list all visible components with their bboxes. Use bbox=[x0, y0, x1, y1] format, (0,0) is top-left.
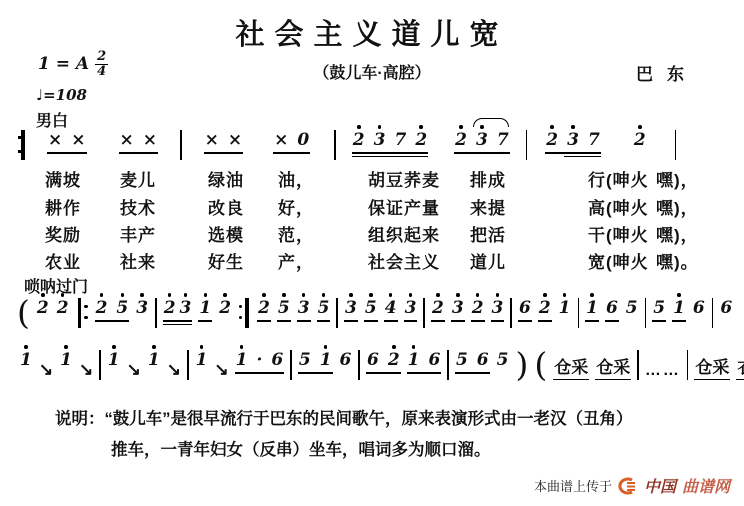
note-column: 3 bbox=[135, 292, 149, 318]
lyric-cell: 油， bbox=[278, 166, 314, 191]
note-column: 2 bbox=[36, 292, 50, 318]
note-column: 2 bbox=[257, 292, 271, 318]
explanation-label: 说明： bbox=[55, 410, 105, 428]
note-column: 2 bbox=[471, 292, 485, 318]
note-column: 3 bbox=[179, 292, 193, 318]
note-number: 2 bbox=[471, 299, 485, 318]
note-column: 2 bbox=[218, 292, 232, 318]
tempo-marking: ♩=108 bbox=[36, 86, 87, 104]
note-number: 7 bbox=[496, 131, 510, 150]
note-number: 6 bbox=[339, 351, 353, 370]
note-group: 1·6 bbox=[235, 344, 285, 380]
note-number: 5 bbox=[496, 351, 510, 370]
beam-lines bbox=[147, 370, 161, 380]
beam-lines bbox=[135, 318, 149, 328]
lyric-row: 农业社来好生产，社会主义道儿宽(呻火嘿)。 bbox=[0, 248, 744, 275]
barline bbox=[336, 298, 338, 328]
note-number: × bbox=[273, 131, 289, 150]
note-column: 2 bbox=[431, 292, 445, 318]
note-column: 6 bbox=[270, 344, 284, 370]
note-column: 2 bbox=[545, 124, 559, 150]
note-column: 6 bbox=[518, 292, 532, 318]
lyric-cell: 好生 bbox=[208, 248, 244, 273]
beam-lines bbox=[451, 318, 465, 328]
note-number: 2 bbox=[95, 299, 109, 318]
barline bbox=[358, 350, 360, 380]
note-number: 2 bbox=[56, 299, 70, 318]
note-number: 3 bbox=[491, 299, 505, 318]
note-column: 6 bbox=[339, 344, 353, 370]
glissando-down-arrow: ↘ bbox=[167, 360, 181, 380]
note-number: 1 bbox=[19, 351, 33, 370]
note-group: 16 bbox=[407, 344, 442, 380]
lyric-cell: 组织起来 bbox=[368, 221, 440, 246]
note-number: 3 bbox=[297, 299, 311, 318]
beam-lines bbox=[163, 318, 193, 328]
note-column: 3 bbox=[451, 292, 465, 318]
repeat-end bbox=[238, 298, 251, 328]
note-number: 1 bbox=[195, 351, 209, 370]
beam-lines bbox=[273, 150, 310, 160]
note-number: 3 bbox=[373, 131, 387, 150]
percussion-syllable: 衣采 bbox=[736, 353, 744, 380]
note-group: 3 bbox=[491, 292, 505, 328]
note-column: 1 bbox=[407, 344, 421, 370]
note-column: 1 bbox=[59, 344, 73, 370]
note-number: × bbox=[142, 131, 158, 150]
note-group: ×× bbox=[204, 124, 244, 160]
beam-lines bbox=[366, 370, 401, 380]
note-column: 5 bbox=[115, 292, 129, 318]
lyric-cell: 好， bbox=[278, 194, 314, 219]
lyric-cell: 来提 bbox=[470, 194, 506, 219]
note-column: 2 bbox=[633, 124, 647, 150]
lyric-cell: 胡豆荞麦 bbox=[368, 166, 440, 191]
note-number: 1 bbox=[407, 351, 421, 370]
note-group: 2 bbox=[471, 292, 485, 328]
instrumental-line-2: 1↘1↘1↘1↘1↘1·65166216565)(仓采仓采……仓采衣采衣采仓) bbox=[16, 344, 744, 380]
note-number: · bbox=[256, 351, 264, 370]
beam-lines bbox=[605, 318, 619, 328]
note-column: 1 bbox=[195, 344, 209, 370]
beam-lines bbox=[471, 318, 485, 328]
note-number: 5 bbox=[115, 299, 129, 318]
note-column: 2 bbox=[352, 124, 366, 150]
note-column: 7 bbox=[587, 124, 601, 150]
beam-lines bbox=[218, 318, 232, 328]
site-logo-icon bbox=[618, 477, 638, 495]
note-column: 2 bbox=[387, 344, 401, 370]
barline bbox=[180, 130, 182, 160]
note-number: 5 bbox=[277, 299, 291, 318]
note-column: 3 bbox=[373, 124, 387, 150]
beam-lines bbox=[297, 318, 311, 328]
note-group: 1 bbox=[147, 344, 161, 380]
note-column: 1 bbox=[319, 344, 333, 370]
glissando-down-arrow: ↘ bbox=[79, 360, 93, 380]
beam-lines bbox=[431, 318, 445, 328]
lyric-cell: 农业 bbox=[45, 248, 81, 273]
note-number: × bbox=[204, 131, 220, 150]
note-group: 2 bbox=[633, 124, 647, 160]
note-group: 6 bbox=[339, 344, 353, 380]
lyric-cell: 行(呻火 bbox=[588, 166, 649, 191]
beam-lines bbox=[317, 318, 331, 328]
glissando-down-arrow: ↘ bbox=[127, 360, 141, 380]
song-title: 社会主义道儿宽 bbox=[0, 12, 744, 53]
beam-lines bbox=[558, 318, 572, 328]
beam-lines bbox=[404, 318, 418, 328]
note-column: 6 bbox=[428, 344, 442, 370]
lyric-cell: 耕作 bbox=[45, 194, 81, 219]
note-number: 6 bbox=[719, 299, 733, 318]
note-number: 1 bbox=[147, 351, 161, 370]
note-number: 1 bbox=[672, 299, 686, 318]
note-column: 1 bbox=[198, 292, 212, 318]
note-column: 5 bbox=[455, 344, 469, 370]
note-number: 2 bbox=[414, 131, 428, 150]
note-number: 6 bbox=[605, 299, 619, 318]
note-column: × bbox=[70, 124, 86, 150]
note-column: 4 bbox=[384, 292, 398, 318]
note-column: 0 bbox=[296, 124, 310, 150]
instrumental-line-1: (22253231225353543232362116551662 bbox=[14, 292, 744, 328]
note-column: × bbox=[227, 124, 243, 150]
beam-lines bbox=[585, 318, 599, 328]
lyric-cell: 奖励 bbox=[45, 221, 81, 246]
lyric-cell: 改良 bbox=[208, 194, 244, 219]
lyric-cell: 社会主义 bbox=[368, 248, 440, 273]
note-group: 3 bbox=[344, 292, 358, 328]
note-column: 3 bbox=[566, 124, 580, 150]
beam-lines bbox=[204, 150, 244, 160]
beam-lines bbox=[633, 150, 647, 160]
note-column: 2 bbox=[454, 124, 468, 150]
note-column: 3 bbox=[491, 292, 505, 318]
note-number: 1 bbox=[59, 351, 73, 370]
note-column: 3 bbox=[344, 292, 358, 318]
beam-lines bbox=[198, 318, 212, 328]
note-number: 2 bbox=[387, 351, 401, 370]
note-number: 6 bbox=[476, 351, 490, 370]
note-number: 1 bbox=[319, 351, 333, 370]
barline bbox=[334, 130, 336, 160]
note-group: 1 bbox=[107, 344, 121, 380]
vocal-notation-line: ×××××××023722372372 bbox=[16, 124, 678, 160]
barline bbox=[510, 298, 512, 328]
note-group: 1 bbox=[585, 292, 599, 328]
song-subtitle: （鼓儿车·高腔） bbox=[0, 60, 744, 83]
beam-lines bbox=[36, 318, 50, 328]
beam-lines bbox=[19, 370, 33, 380]
note-group: 6 bbox=[719, 292, 733, 328]
region-label: 巴东 bbox=[636, 60, 698, 85]
note-column: 1 bbox=[107, 344, 121, 370]
note-group: 4 bbox=[384, 292, 398, 328]
note-column: 2 bbox=[414, 124, 428, 150]
note-number: 2 bbox=[257, 299, 271, 318]
note-number: 2 bbox=[218, 299, 232, 318]
note-group: 1 bbox=[198, 292, 212, 328]
beam-lines bbox=[518, 318, 532, 328]
beam-lines bbox=[339, 370, 353, 380]
site-name-cn: 中国 bbox=[644, 474, 676, 497]
beam-lines bbox=[454, 150, 510, 160]
sheet-music-page: 社会主义道儿宽 1 = A 2 4 （鼓儿车·高腔） 巴东 ♩=108 男白 ×… bbox=[0, 0, 744, 506]
note-group: ×× bbox=[119, 124, 159, 160]
note-number: × bbox=[47, 131, 63, 150]
parenthesis: ( bbox=[534, 350, 547, 380]
note-number: 5 bbox=[364, 299, 378, 318]
note-column: 7 bbox=[393, 124, 407, 150]
note-group: 5 bbox=[625, 292, 639, 328]
beam-lines bbox=[59, 370, 73, 380]
note-number: 3 bbox=[475, 131, 489, 150]
lyric-cell: 范， bbox=[278, 221, 314, 246]
note-column: 5 bbox=[298, 344, 312, 370]
note-number: 2 bbox=[163, 299, 177, 318]
note-column: 5 bbox=[496, 344, 510, 370]
lyric-cell: 选模 bbox=[208, 221, 244, 246]
beam-lines bbox=[352, 150, 428, 160]
note-column: 5 bbox=[317, 292, 331, 318]
note-group: 2 bbox=[431, 292, 445, 328]
note-column: 2 bbox=[56, 292, 70, 318]
note-number: 5 bbox=[298, 351, 312, 370]
beam-lines bbox=[407, 370, 442, 380]
barline bbox=[712, 298, 714, 328]
note-number: 2 bbox=[545, 131, 559, 150]
beam-lines bbox=[364, 318, 378, 328]
note-group: 25 bbox=[95, 292, 130, 328]
note-number: × bbox=[119, 131, 135, 150]
note-number: × bbox=[227, 131, 243, 150]
note-column: 1 bbox=[147, 344, 161, 370]
beam-lines bbox=[344, 318, 358, 328]
lyric-cell: 排成 bbox=[470, 166, 506, 191]
beam-lines bbox=[545, 150, 601, 160]
note-column: × bbox=[142, 124, 158, 150]
percussion-clef bbox=[18, 130, 27, 160]
barline bbox=[447, 350, 449, 380]
barline bbox=[290, 350, 292, 380]
note-number: 5 bbox=[455, 351, 469, 370]
note-number: 5 bbox=[625, 299, 639, 318]
note-number: 3 bbox=[179, 299, 193, 318]
note-number: 2 bbox=[633, 131, 647, 150]
beam-lines bbox=[277, 318, 291, 328]
beam-lines bbox=[195, 370, 209, 380]
beam-lines bbox=[47, 150, 87, 160]
barline bbox=[526, 130, 528, 160]
note-number: 5 bbox=[652, 299, 666, 318]
note-number: 2 bbox=[352, 131, 366, 150]
note-column: 2 bbox=[538, 292, 552, 318]
lyric-cell: 保证产量 bbox=[368, 194, 440, 219]
beam-lines bbox=[56, 318, 70, 328]
lyric-cell: 嘿)。 bbox=[656, 248, 699, 273]
note-group: 1 bbox=[195, 344, 209, 380]
note-group: ×0 bbox=[273, 124, 310, 160]
uploaded-by-text: 本曲谱上传于 bbox=[534, 476, 612, 495]
beam-lines bbox=[119, 150, 159, 160]
note-number: 3 bbox=[344, 299, 358, 318]
lyric-cell: 把活 bbox=[470, 221, 506, 246]
note-group: 3 bbox=[135, 292, 149, 328]
note-number: 7 bbox=[587, 131, 601, 150]
lyric-cell: 道儿 bbox=[470, 248, 506, 273]
note-column: 2 bbox=[163, 292, 177, 318]
beam-lines bbox=[719, 318, 733, 328]
percussion-syllable: 仓采 bbox=[694, 353, 730, 380]
note-number: 5 bbox=[317, 299, 331, 318]
note-group: 1 bbox=[558, 292, 572, 328]
beam-lines bbox=[257, 318, 271, 328]
glissando-down-arrow: ↘ bbox=[39, 360, 53, 380]
explanation-note: 说明：“鼓儿车”是很早流行于巴东的民间歌午，原来表演形式由一老汉（丑角） 推车，… bbox=[55, 404, 715, 466]
lyric-row: 耕作技术改良好，保证产量来提高(呻火嘿)， bbox=[0, 194, 744, 221]
lyric-cell: 社来 bbox=[120, 248, 156, 273]
barline bbox=[687, 350, 689, 380]
barline bbox=[645, 298, 647, 328]
beam-lines bbox=[235, 370, 285, 380]
note-number: 6 bbox=[692, 299, 706, 318]
note-number: 7 bbox=[393, 131, 407, 150]
explanation-line-1: 说明：“鼓儿车”是很早流行于巴东的民间歌午，原来表演形式由一老汉（丑角） bbox=[55, 404, 715, 435]
note-number: 0 bbox=[296, 131, 310, 150]
note-group: 2 bbox=[36, 292, 50, 328]
note-column: · bbox=[256, 344, 264, 370]
parenthesis: ( bbox=[17, 298, 30, 328]
note-group: 1 bbox=[19, 344, 33, 380]
note-number: 2 bbox=[538, 299, 552, 318]
note-column: 1 bbox=[672, 292, 686, 318]
note-group: 3 bbox=[297, 292, 311, 328]
note-group: 56 bbox=[455, 344, 490, 380]
note-column: 6 bbox=[366, 344, 380, 370]
note-column: 6 bbox=[692, 292, 706, 318]
parenthesis: ) bbox=[515, 350, 528, 380]
note-column: × bbox=[273, 124, 289, 150]
barline bbox=[155, 298, 157, 328]
continuation-dots: …… bbox=[645, 362, 681, 380]
note-group: 5 bbox=[652, 292, 666, 328]
lyric-cell: 宽(呻火 bbox=[588, 248, 649, 273]
note-group: 6 bbox=[605, 292, 619, 328]
note-column: 3 bbox=[297, 292, 311, 318]
note-group: 237 bbox=[545, 124, 601, 160]
note-column: × bbox=[204, 124, 220, 150]
lyric-cell: 满坡 bbox=[45, 166, 81, 191]
note-group: 5 bbox=[317, 292, 331, 328]
lyric-cell: 高(呻火 bbox=[588, 194, 649, 219]
note-column: 7 bbox=[496, 124, 510, 150]
note-number: 2 bbox=[454, 131, 468, 150]
beam-lines bbox=[384, 318, 398, 328]
note-group: 62 bbox=[366, 344, 401, 380]
explanation-line-2: 推车，一青年妇女（反串）坐车，唱词多为顺口溜。 bbox=[55, 435, 715, 466]
barline bbox=[423, 298, 425, 328]
note-group: 6 bbox=[518, 292, 532, 328]
barline bbox=[187, 350, 189, 380]
note-group: 1 bbox=[59, 344, 73, 380]
lyric-row: 满坡麦儿绿油油，胡豆荞麦排成行(呻火嘿)， bbox=[0, 166, 744, 193]
note-column: 1 bbox=[19, 344, 33, 370]
note-number: 6 bbox=[366, 351, 380, 370]
note-group: 237 bbox=[454, 124, 510, 160]
beam-lines bbox=[107, 370, 121, 380]
note-number: 1 bbox=[198, 299, 212, 318]
beam-lines bbox=[652, 318, 666, 328]
note-group: 2372 bbox=[352, 124, 428, 160]
note-number: 6 bbox=[270, 351, 284, 370]
note-group: 5 bbox=[277, 292, 291, 328]
tie-arc bbox=[473, 118, 509, 127]
lyric-cell: 产， bbox=[278, 248, 314, 273]
note-group: 2 bbox=[56, 292, 70, 328]
note-group: 5 bbox=[364, 292, 378, 328]
beam-lines bbox=[692, 318, 706, 328]
note-column: 1 bbox=[585, 292, 599, 318]
lyric-cell: 嘿)， bbox=[656, 221, 699, 246]
barline bbox=[578, 298, 580, 328]
note-number: 3 bbox=[404, 299, 418, 318]
site-name-rest: 曲谱网 bbox=[682, 474, 730, 497]
beam-lines bbox=[538, 318, 552, 328]
note-group: 2 bbox=[218, 292, 232, 328]
note-number: 1 bbox=[107, 351, 121, 370]
note-column: 6 bbox=[476, 344, 490, 370]
lyric-cell: 绿油 bbox=[208, 166, 244, 191]
note-group: ×× bbox=[47, 124, 87, 160]
beam-lines bbox=[95, 318, 130, 328]
note-number: 1 bbox=[585, 299, 599, 318]
note-number: 3 bbox=[566, 131, 580, 150]
note-group: 2 bbox=[257, 292, 271, 328]
repeat-begin bbox=[76, 298, 89, 328]
note-number: 3 bbox=[135, 299, 149, 318]
note-number: 6 bbox=[518, 299, 532, 318]
note-number: 1 bbox=[235, 351, 249, 370]
note-number: 3 bbox=[451, 299, 465, 318]
note-column: 6 bbox=[719, 292, 733, 318]
note-column: × bbox=[119, 124, 135, 150]
note-number: 2 bbox=[431, 299, 445, 318]
beam-lines bbox=[298, 370, 333, 380]
note-number: 6 bbox=[428, 351, 442, 370]
beam-lines bbox=[491, 318, 505, 328]
note-group: 3 bbox=[404, 292, 418, 328]
note-column: 6 bbox=[605, 292, 619, 318]
note-group: 2 bbox=[538, 292, 552, 328]
lyric-cell: 丰产 bbox=[120, 221, 156, 246]
beam-lines bbox=[672, 318, 686, 328]
beam-lines bbox=[496, 370, 510, 380]
barline bbox=[637, 350, 639, 380]
note-column: 5 bbox=[277, 292, 291, 318]
note-group: 23 bbox=[163, 292, 193, 328]
note-column: 2 bbox=[95, 292, 109, 318]
note-column: 1 bbox=[235, 344, 249, 370]
note-column: 5 bbox=[625, 292, 639, 318]
glissando-down-arrow: ↘ bbox=[214, 360, 228, 380]
note-group: 3 bbox=[451, 292, 465, 328]
note-column: 1 bbox=[558, 292, 572, 318]
note-group: 6 bbox=[692, 292, 706, 328]
lyric-cell: 麦儿 bbox=[120, 166, 156, 191]
lyric-cell: 嘿)， bbox=[656, 166, 699, 191]
note-group: 5 bbox=[496, 344, 510, 380]
